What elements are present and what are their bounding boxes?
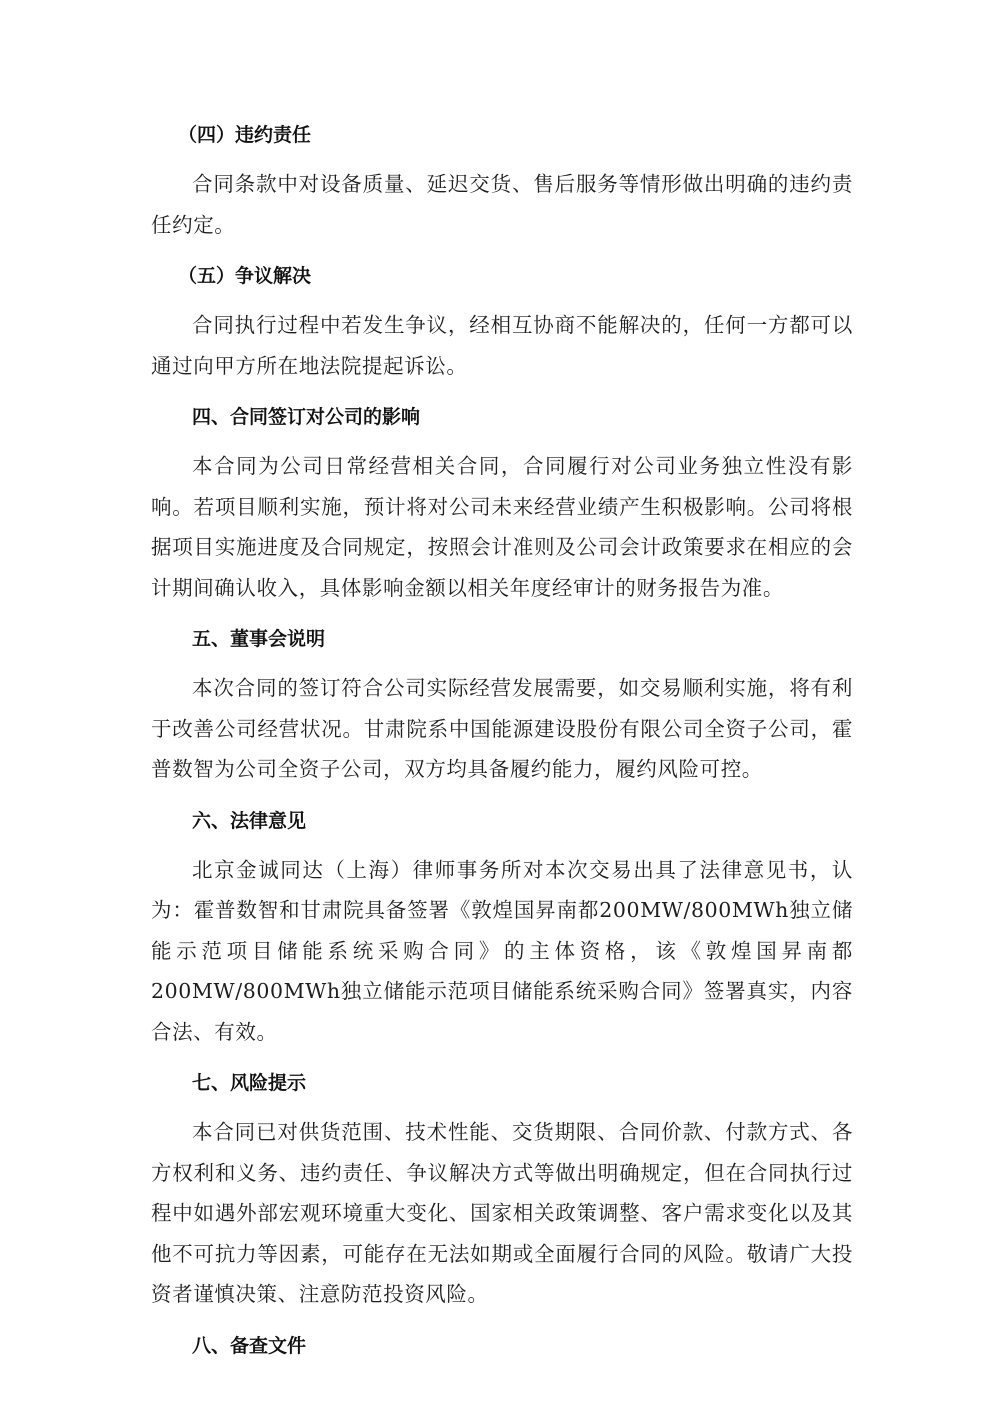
section-heading-risk-warning: 七、风险提示	[151, 1066, 853, 1100]
section-heading-impact-on-company: 四、合同签订对公司的影响	[151, 400, 853, 434]
section-heading-breach-liability: （四）违约责任	[151, 118, 853, 152]
paragraph-dispute-resolution: 合同执行过程中若发生争议，经相互协商不能解决的，任何一方都可以通过向甲方所在地法…	[151, 305, 853, 386]
section-heading-dispute-resolution: （五）争议解决	[151, 259, 853, 293]
document-page: （四）违约责任 合同条款中对设备质量、延迟交货、售后服务等情形做出明确的违约责任…	[151, 118, 853, 1363]
section-heading-board-statement: 五、董事会说明	[151, 622, 853, 656]
paragraph-legal-opinion: 北京金诚同达（上海）律师事务所对本次交易出具了法律意见书，认为：霍普数智和甘肃院…	[151, 850, 853, 1053]
section-heading-legal-opinion: 六、法律意见	[151, 804, 853, 838]
paragraph-breach-liability: 合同条款中对设备质量、延迟交货、售后服务等情形做出明确的违约责任约定。	[151, 164, 853, 245]
section-heading-reference-documents: 八、备查文件	[151, 1329, 853, 1363]
paragraph-risk-warning: 本合同已对供货范围、技术性能、交货期限、合同价款、付款方式、各方权利和义务、违约…	[151, 1112, 853, 1315]
paragraph-board-statement: 本次合同的签订符合公司实际经营发展需要，如交易顺利实施，将有利于改善公司经营状况…	[151, 668, 853, 790]
paragraph-impact-on-company: 本合同为公司日常经营相关合同，合同履行对公司业务独立性没有影响。若项目顺利实施，…	[151, 446, 853, 608]
